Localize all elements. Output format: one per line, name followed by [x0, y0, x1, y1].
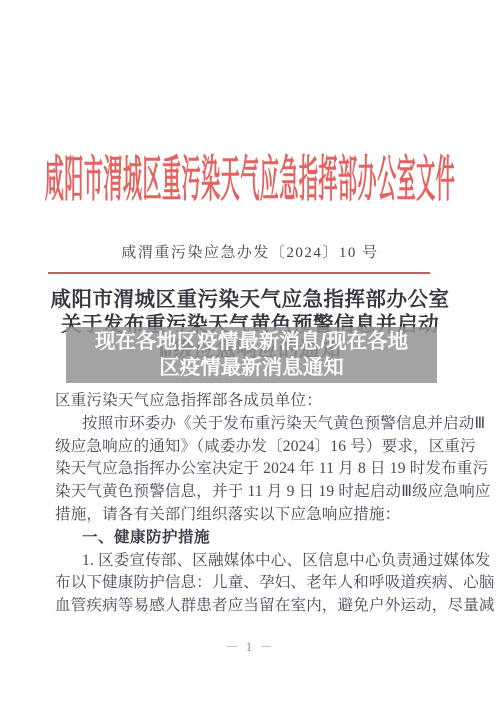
doc-reference-number: 咸渭重污染应急办发〔2024〕10 号: [0, 241, 500, 262]
page-number: － 1 －: [0, 636, 500, 655]
body-section-heading: 一、健康防护措施: [55, 527, 451, 550]
body-line: 级应急响应的通知》（咸委办发〔2024〕16 号）要求，区重污: [55, 436, 451, 459]
body-line: 布以下健康防护信息：儿童、孕妇、老年人和呼吸道疾病、心脑: [55, 572, 451, 595]
caption-overlay: 现在各地区疫情最新消息/现在各地 区疫情最新消息通知: [66, 327, 437, 383]
caption-overlay-line-2: 区疫情最新消息通知: [159, 355, 344, 381]
body-line: 染天气应急指挥办公室决定于 2024 年 11 月 8 日 19 时发布重污: [55, 458, 451, 481]
caption-overlay-line-1: 现在各地区疫情最新消息/现在各地: [95, 329, 408, 355]
red-divider-line: [48, 272, 430, 274]
notice-body: 区重污染天气应急指挥部各成员单位： 按照市环委办《关于发布重污染天气黄色预警信息…: [55, 390, 451, 618]
title-line-1: 咸阳市渭城区重污染天气应急指挥部办公室: [0, 288, 500, 313]
letterhead-banner: 咸阳市渭城区重污染天气应急指挥部办公室文件: [0, 144, 500, 204]
body-line: 血管疾病等易感人群患者应当留在室内，避免户外运动，尽量减: [55, 595, 451, 618]
body-line: 措施，请各有关部门组织落实以下应急响应措施：: [55, 504, 451, 527]
body-line: 1. 区委宣传部、区融媒体中心、区信息中心负责通过媒体发: [55, 550, 451, 573]
body-line: 按照市环委办《关于发布重污染天气黄色预警信息并启动Ⅲ: [55, 413, 451, 436]
document-page: 咸阳市渭城区重污染天气应急指挥部办公室文件 咸渭重污染应急办发〔2024〕10 …: [0, 0, 500, 706]
letterhead-banner-text: 咸阳市渭城区重污染天气应急指挥部办公室文件: [45, 138, 456, 210]
body-line: 染天气黄色预警信息，并于 11 月 9 日 19 时起启动Ⅲ级应急响应: [55, 481, 451, 504]
body-line: 区重污染天气应急指挥部各成员单位：: [55, 390, 451, 413]
